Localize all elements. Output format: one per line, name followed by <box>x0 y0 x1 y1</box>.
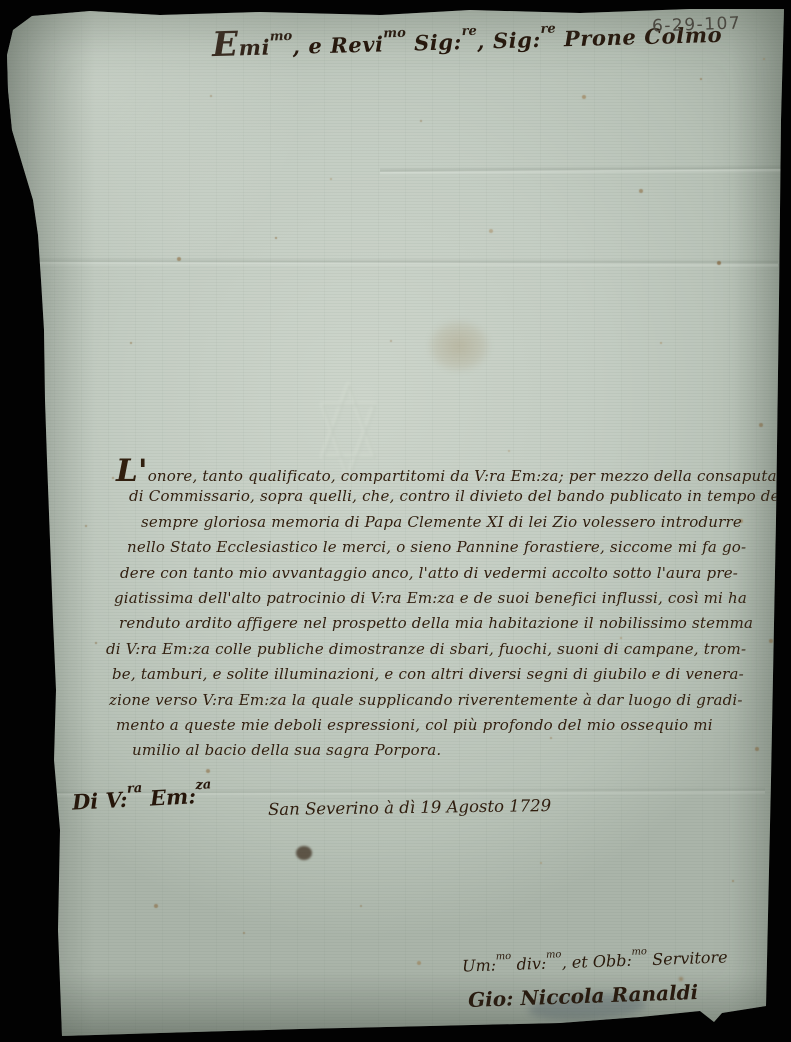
body-line: dere con tanto mio avvantaggio anco, l'a… <box>120 561 791 586</box>
ink-blot <box>296 846 312 860</box>
body-line: be, tamburi, e solite illuminazioni, e c… <box>112 662 791 687</box>
star-watermark <box>288 378 408 482</box>
body-line: di V:ra Em:za colle publiche dimostranze… <box>106 637 791 662</box>
catalog-number: 6-29-107 <box>652 13 742 36</box>
body-line: zione verso V:ra Em:za la quale supplica… <box>109 688 791 713</box>
signature-role: Um:mo div:mo, et Obb:mo Servitore <box>462 947 728 975</box>
letter-paper: Emimo, e Revimo Sig:re, Sig:re Prone Col… <box>0 0 791 1042</box>
body-line: sempre gloriosa memoria di Papa Clemente… <box>141 510 791 535</box>
fold-crease-middle <box>38 257 778 268</box>
foxing-spots <box>0 0 2 2</box>
dateline: San Severino à dì 19 Agosto 1729 <box>268 796 551 819</box>
body-line: umilio al bacio della sua sagra Porpora. <box>132 738 791 763</box>
signature-name: Gio: Niccola Ranaldi <box>468 980 699 1012</box>
salutation: Emimo, e Revimo Sig:re, Sig:re Prone Col… <box>212 11 723 65</box>
body-line: renduto ardito affigere nel prospetto de… <box>119 611 791 636</box>
body-line: mento a queste mie deboli espressioni, c… <box>116 713 791 738</box>
fold-crease-upper <box>380 165 784 176</box>
body-line: giatissima dell'alto patrocinio di V:ra … <box>114 586 791 611</box>
closing-formula: Di V:ra Em:za <box>71 782 212 814</box>
body-line: nello Stato Ecclesiastico le merci, o si… <box>127 535 791 560</box>
body-line: L'onore, tanto qualificato, compartitomi… <box>116 459 791 484</box>
body-line: di Commissario, sopra quelli, che, contr… <box>129 484 791 509</box>
fold-crease-lower <box>55 787 765 797</box>
body-text: L'onore, tanto qualificato, compartitomi… <box>104 459 791 764</box>
paper-stain <box>428 320 490 372</box>
photo-background: Emimo, e Revimo Sig:re, Sig:re Prone Col… <box>0 0 791 1042</box>
ink-smudge <box>527 991 646 1023</box>
